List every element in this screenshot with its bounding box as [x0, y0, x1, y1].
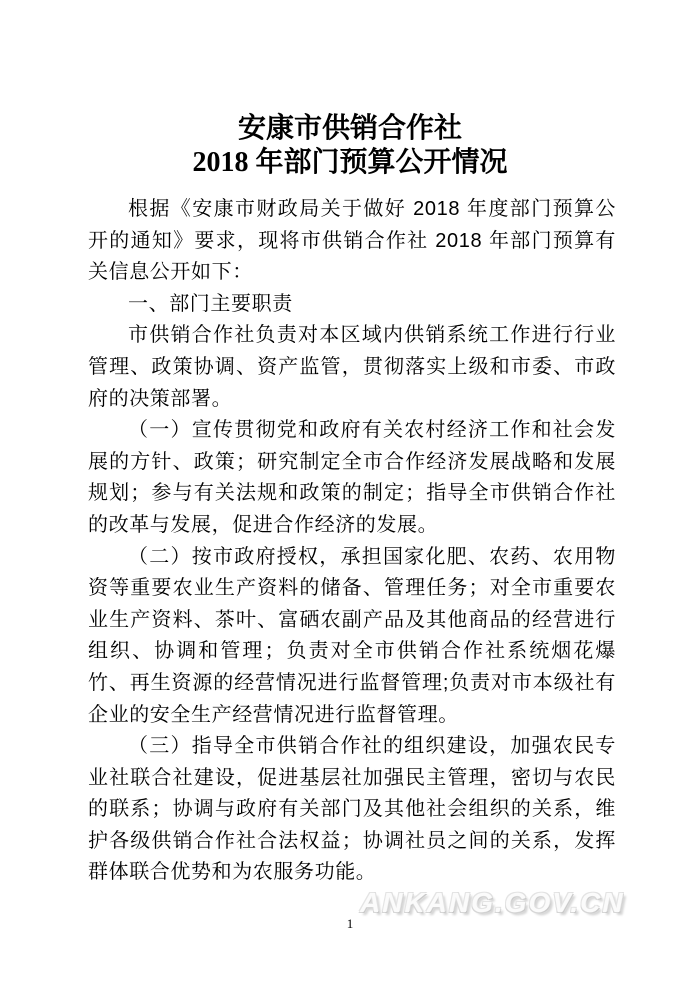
section-heading-main-duties: 一、部门主要职责 — [88, 289, 616, 321]
doc-title-line-1: 安康市供销合作社 — [0, 112, 700, 146]
doc-title-line-2: 2018 年部门预算公开情况 — [0, 146, 700, 180]
doc-body: 根据《安康市财政局关于做好 2018 年度部门预算公开的通知》要求，现将市供销合… — [88, 194, 616, 889]
paragraph-duty-1: （一）宣传贯彻党和政府有关农村经济工作和社会发展的方针、政策；研究制定全市合作经… — [88, 415, 616, 541]
paragraph-duty-2: （二）按市政府授权，承担国家化肥、农药、农用物资等重要农业生产资料的储备、管理任… — [88, 542, 616, 732]
watermark-ankang-gov-cn: ANKANG.GOV.CN — [360, 887, 625, 919]
title-block: 安康市供销合作社 2018 年部门预算公开情况 — [0, 112, 700, 180]
paragraph-duty-3: （三）指导全市供销合作社的组织建设，加强农民专业社联合社建设，促进基层社加强民主… — [88, 731, 616, 889]
paragraph-overview: 市供销合作社负责对本区域内供销系统工作进行行业管理、政策协调、资产监管，贯彻落实… — [88, 320, 616, 415]
paragraph-intro: 根据《安康市财政局关于做好 2018 年度部门预算公开的通知》要求，现将市供销合… — [88, 194, 616, 289]
page-number: 1 — [0, 916, 700, 932]
document-page: 安康市供销合作社 2018 年部门预算公开情况 根据《安康市财政局关于做好 20… — [0, 0, 700, 990]
